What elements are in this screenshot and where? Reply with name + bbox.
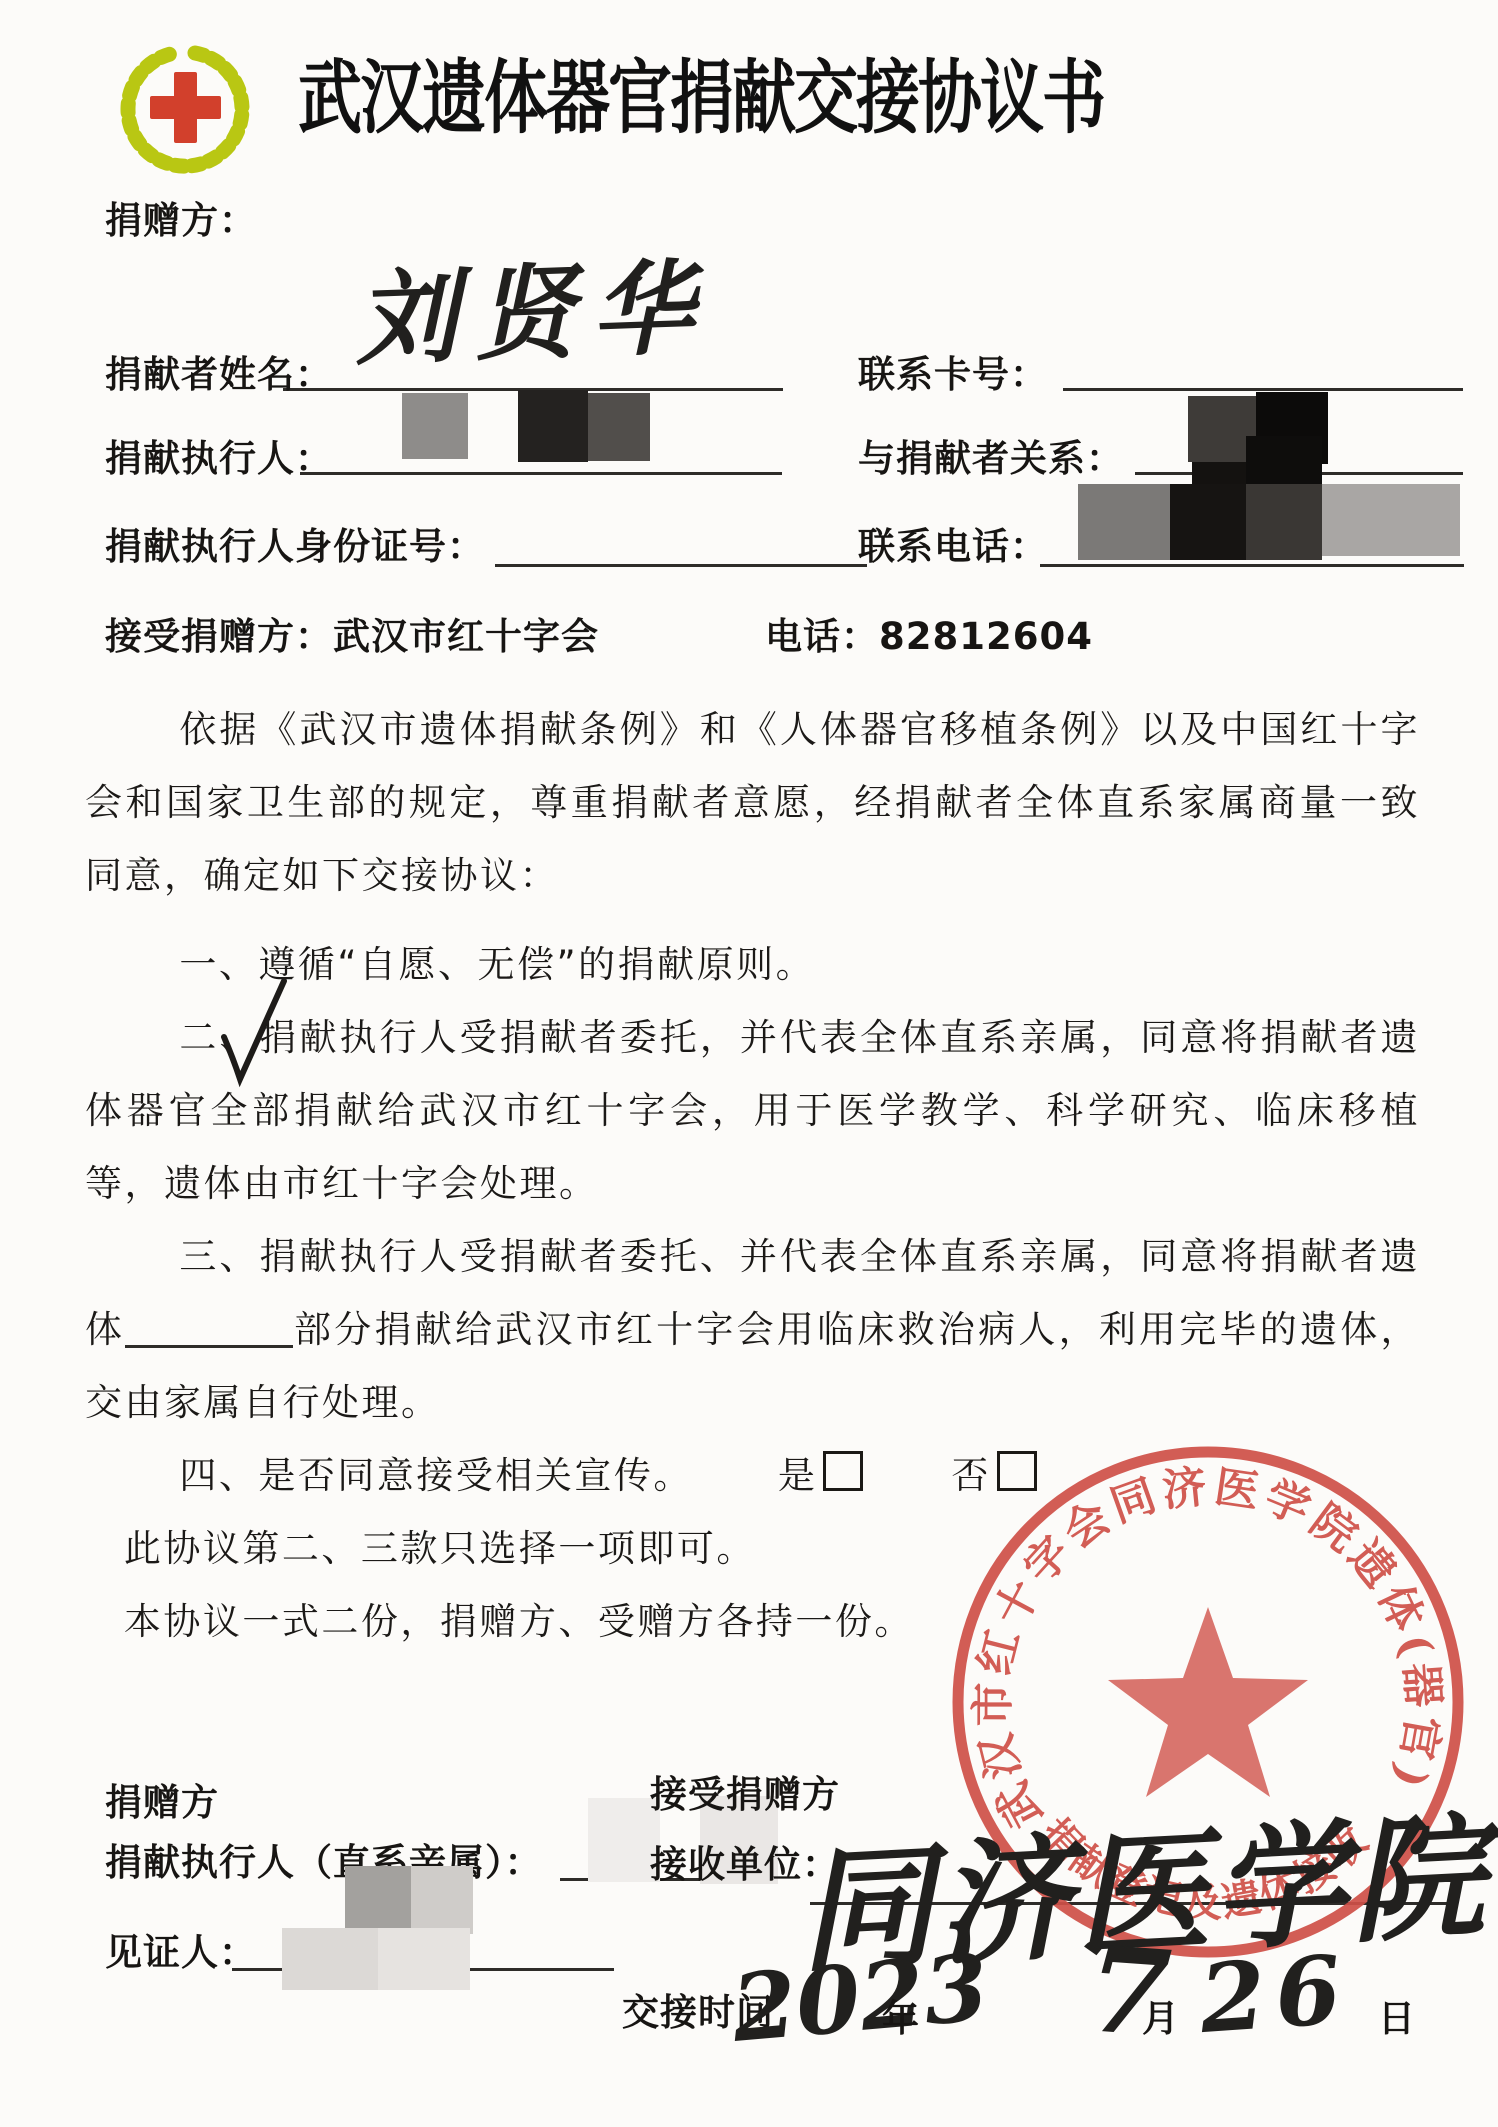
contact-card-label: 联系卡号： bbox=[858, 344, 1048, 398]
redaction-block bbox=[1322, 484, 1460, 556]
redaction-block bbox=[588, 393, 650, 461]
stamp-star-icon bbox=[1108, 1607, 1308, 1797]
recipient-phone-row: 电话：82812604 bbox=[765, 606, 1093, 660]
redaction-block bbox=[1246, 436, 1322, 484]
recipient-row: 接受捐赠方：武汉市红十字会 bbox=[105, 606, 599, 660]
year-label: 年 bbox=[882, 1988, 920, 2042]
bottom-donor-party-label: 捐赠方 bbox=[105, 1772, 219, 1826]
day-label: 日 bbox=[1378, 1988, 1416, 2042]
handwritten-year: 2023 bbox=[728, 1933, 993, 2063]
redaction-block bbox=[402, 393, 468, 459]
executor-label: 捐献执行人： bbox=[105, 428, 333, 482]
phone-label: 联系电话： bbox=[858, 516, 1048, 570]
red-cross-wreath-logo bbox=[83, 28, 288, 176]
terms-intro: 依据《武汉市遗体捐献条例》和《人体器官移植条例》以及中国红十字会和国家卫生部的规… bbox=[85, 693, 1420, 912]
recipient-label: 接受捐赠方： bbox=[105, 615, 333, 658]
handwritten-day: 26 bbox=[1196, 1935, 1354, 2055]
checkbox-yes bbox=[823, 1451, 863, 1491]
donor-party-label: 捐赠方： bbox=[105, 190, 257, 244]
contact-card-line bbox=[1063, 338, 1463, 391]
recipient-phone-value: 82812604 bbox=[879, 615, 1093, 658]
item4-text: 四、是否同意接受相关宣传。 bbox=[179, 1454, 693, 1497]
recipient-name: 武汉市红十字会 bbox=[333, 615, 599, 658]
recipient-phone-label: 电话： bbox=[765, 615, 879, 658]
checkmark-icon bbox=[208, 975, 300, 1097]
redaction-block bbox=[378, 1928, 470, 1990]
executor-id-label: 捐献执行人身份证号： bbox=[105, 516, 485, 570]
item3-blank-line bbox=[125, 1311, 293, 1348]
executor-family-label: 捐献执行人（直系亲属）： bbox=[105, 1832, 543, 1886]
terms-item-3: 三、捐献执行人受捐献者委托、并代表全体直系亲属，同意将捐献者遗体部分捐献给武汉市… bbox=[85, 1220, 1420, 1439]
redaction-block bbox=[1078, 484, 1170, 560]
redaction-block bbox=[1246, 484, 1322, 560]
scanned-agreement-document: 武汉遗体器官捐献交接协议书 捐赠方： 捐献者姓名： 刘贤华 联系卡号： 捐献执行… bbox=[0, 0, 1498, 2127]
relation-label: 与捐献者关系： bbox=[858, 428, 1124, 482]
redaction-block bbox=[1170, 484, 1246, 560]
page-title: 武汉遗体器官捐献交接协议书 bbox=[298, 34, 1104, 149]
donor-name-signature: 刘贤华 bbox=[353, 227, 712, 385]
redaction-block bbox=[282, 1928, 378, 1990]
option-yes-label: 是 bbox=[778, 1454, 818, 1497]
witness-label: 见证人： bbox=[105, 1922, 257, 1976]
executor-id-line bbox=[495, 512, 867, 567]
red-cross-icon bbox=[150, 72, 221, 143]
month-label: 月 bbox=[1142, 1988, 1180, 2042]
donor-name-label: 捐献者姓名： bbox=[105, 344, 333, 398]
redaction-block bbox=[518, 390, 588, 462]
